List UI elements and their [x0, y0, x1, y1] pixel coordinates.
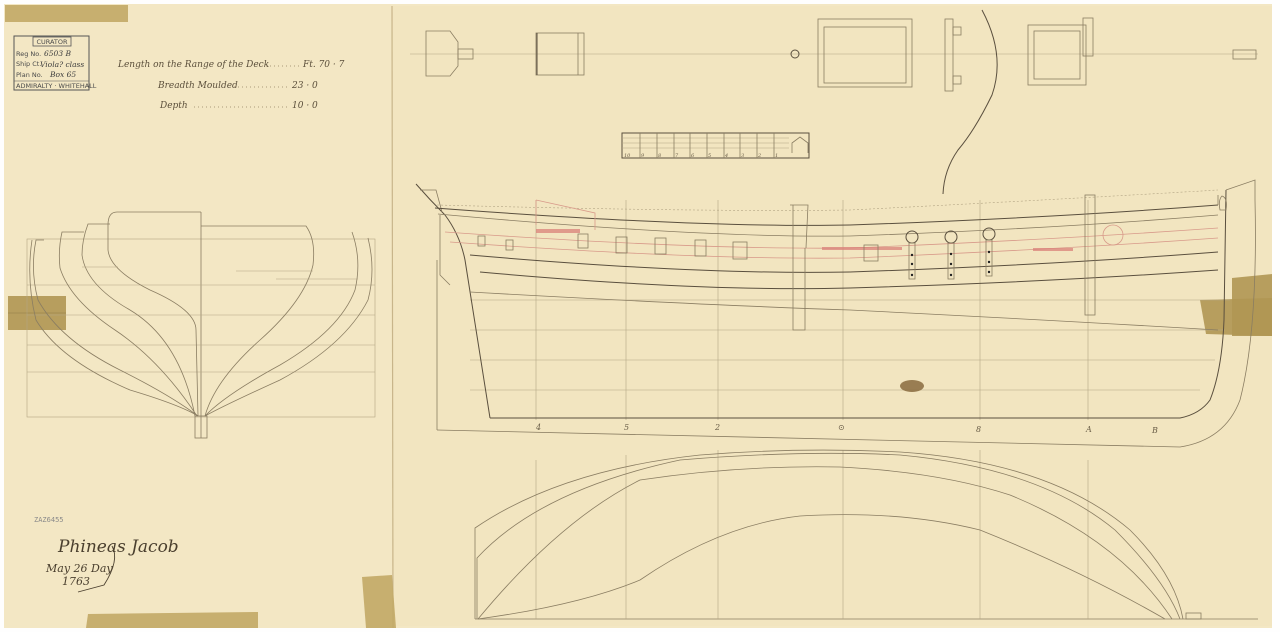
- dim-depth-value: 10 · 0: [292, 101, 318, 111]
- stamp-ship: Viola? class: [40, 60, 84, 69]
- scale-tick: 1: [775, 153, 778, 159]
- stamp-reg-no: 6503 B: [44, 49, 71, 58]
- dim-length-value: Ft. 70 · 7: [302, 60, 345, 70]
- scale-tick: 5: [708, 153, 711, 159]
- svg-text:Reg No.: Reg No.: [16, 50, 41, 58]
- scale-tick: 8: [658, 153, 661, 159]
- dim-breadth-value: 23 · 0: [291, 81, 318, 91]
- station-label: 8: [976, 425, 981, 434]
- scale-tick: 2: [757, 153, 761, 159]
- scale-tick: 4: [724, 153, 728, 159]
- scale-tick: 3: [741, 153, 744, 159]
- svg-text:Plan No.: Plan No.: [16, 71, 43, 79]
- ship-plan-sheet: CURATOR Reg No. 6503 B Ship Ct. Viola? c…: [0, 0, 1280, 632]
- stamp-footer: ADMIRALTY · WHITEHALL: [16, 82, 97, 90]
- stamp-plan-no: Box 65: [49, 70, 76, 79]
- reference-number: ZAZ6455: [34, 516, 64, 524]
- station-label: 2: [714, 423, 720, 432]
- station-label: 4: [535, 423, 541, 432]
- station-label: ⊙: [838, 423, 845, 432]
- paper-background: [4, 4, 1272, 628]
- svg-text:Ship Ct.: Ship Ct.: [16, 60, 41, 68]
- dim-breadth-label: Breadth Moulded: [157, 81, 238, 91]
- station-label: 5: [624, 423, 629, 432]
- signature-name: Phineas Jacob: [57, 537, 179, 557]
- dim-depth-label: Depth: [159, 101, 188, 111]
- station-label: A: [1085, 425, 1092, 434]
- scale-tick: 10: [624, 153, 631, 159]
- curator-stamp-title: CURATOR: [36, 38, 68, 46]
- station-label: B: [1151, 426, 1158, 435]
- dim-length-label: Length on the Range of the Deck: [117, 60, 269, 70]
- signature-date: May 26 Day: [45, 562, 113, 575]
- ink-stain: [900, 380, 924, 392]
- signature-year: 1763: [62, 575, 90, 588]
